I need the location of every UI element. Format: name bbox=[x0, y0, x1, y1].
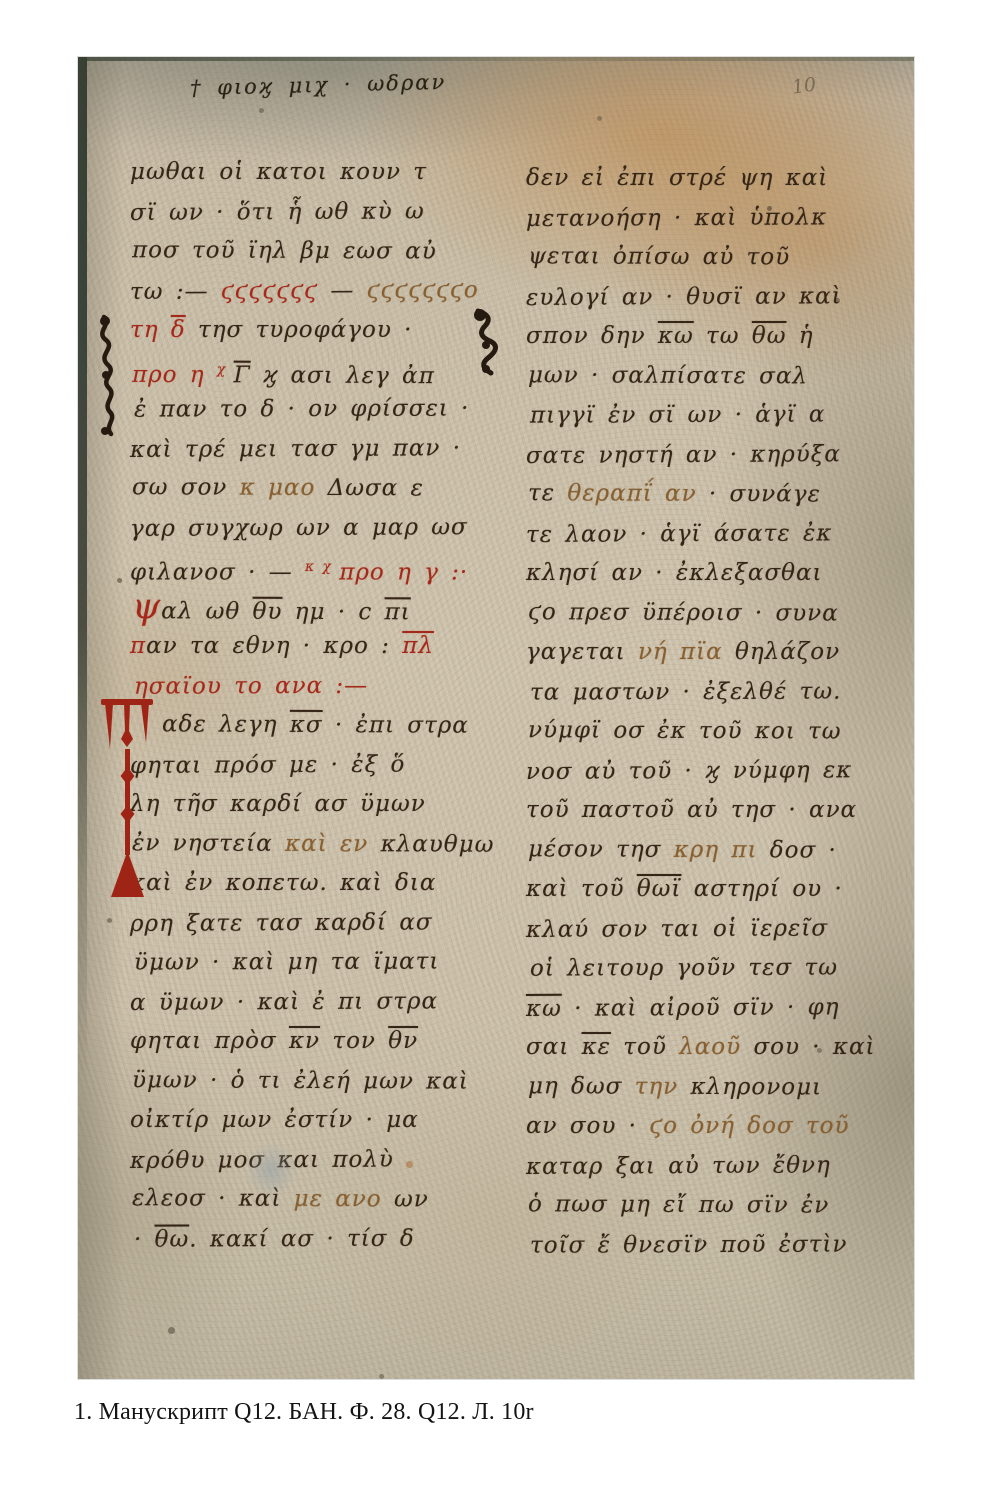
manuscript-line: κω · καὶ αἰροῦ σϊν · φη bbox=[526, 988, 898, 1029]
manuscript-line: α ϋμων · καὶ ἐ πι στρα bbox=[130, 982, 502, 1023]
manuscript-line: μων · σαλπίσατε σαλ bbox=[528, 356, 900, 397]
manuscript-line: αν σου · ϛο ὀνή δοσ τοῦ bbox=[526, 1107, 898, 1147]
manuscript-line: ησαϊου το ανα :— bbox=[134, 666, 506, 707]
plate-caption: 1. Манускрипт Q12. БАН. Ф. 28. Q12. Л. 1… bbox=[74, 1399, 534, 1426]
manuscript-line: σατε νηστή αν · κηρύξα bbox=[526, 435, 898, 476]
manuscript-line: καὶ ἐν κοπετω. καὶ δια bbox=[130, 864, 502, 904]
manuscript-line: φιλανοσ · — κ χ προ η γ :· bbox=[130, 548, 502, 588]
manuscript-line: ρρη ξατε τασ καρδί ασ bbox=[130, 903, 502, 944]
manuscript-line: τοῦ παστοῦ αὐ τησ · ανα bbox=[526, 791, 898, 831]
manuscript-line: μέσον τησ κρη πι δοσ · bbox=[528, 830, 900, 871]
manuscript-line: καὶ τρέ μει τασ γμ παν · bbox=[130, 429, 502, 470]
ornamental-initial-tau-icon bbox=[98, 693, 156, 905]
manuscript-line: παν τα εθνη · κρο : πλ bbox=[130, 627, 502, 667]
manuscript-line: τα μαστων · ἐξελθέ τω. bbox=[530, 672, 902, 713]
manuscript-line: κρόθυ μοσ και πολὺ bbox=[130, 1140, 502, 1181]
manuscript-line: τε θεραπΐ αν · συνάγε bbox=[528, 474, 900, 515]
manuscript-line: τοῖσ ἔ θνεσϊν ποῦ ἐστὶν bbox=[530, 1225, 902, 1266]
manuscript-line: ευλογί αν · θυσϊ αν καὶ bbox=[526, 277, 898, 318]
manuscript-line: ϋμων · καὶ μη τα ϊματι bbox=[134, 942, 506, 983]
parchment-smudge bbox=[246, 1143, 296, 1197]
manuscript-line: γαρ συγχωρ ων α μαρ ωσ bbox=[130, 508, 502, 549]
manuscript-line: ψαλ ωθ θυ ημ · c πι bbox=[132, 587, 504, 628]
manuscript-line: ψεται ὀπίσω αὐ τοῦ bbox=[528, 237, 900, 278]
manuscript-line: γαγεται νή πϊα θηλάζον bbox=[526, 633, 898, 673]
parchment-specks bbox=[78, 57, 81, 60]
manuscript-line: τω :— ϛϛϛϛϛϛϛ — ϛϛϛϛϛϛϛο bbox=[130, 271, 502, 312]
manuscript-line: αδε λεγη κσ · ἐπι στρα bbox=[132, 705, 504, 746]
manuscript-line: ἐ παν το δ · ον φρίσσει · bbox=[134, 389, 506, 430]
manuscript-line: μετανοήση · καὶ ὑπολκ bbox=[526, 198, 898, 239]
manuscript-line: τη δ τησ τυροφάγου · bbox=[130, 311, 502, 351]
manuscript-line: σαι κε τοῦ λαοῦ σου · καὶ bbox=[526, 1028, 898, 1068]
manuscript-line: κλαύ σον ται οἱ ϊερεῖσ bbox=[526, 909, 898, 950]
parchment-top-edge bbox=[78, 57, 914, 61]
manuscript-line: ποσ τοῦ ϊηλ βμ εωσ αὐ bbox=[132, 231, 504, 272]
manuscript-line: σϊ ων · ὅτι ἧ ωθ κὺ ω bbox=[130, 192, 502, 233]
marginal-flourish-right-icon bbox=[464, 307, 500, 377]
manuscript-line: ϋμων · ὁ τι ἐλεή μων καὶ bbox=[132, 1061, 504, 1102]
folio-number: 10 bbox=[791, 73, 818, 98]
manuscript-line: προ η χ Γ ϗ ασι λεγ ἀπ bbox=[132, 350, 504, 391]
manuscript-line: οἰκτίρ μων ἐστίν · μα bbox=[130, 1101, 502, 1141]
manuscript-line: ἐν νηστεία καὶ εν κλαυθμω bbox=[132, 824, 504, 865]
marginal-flourish-left-icon bbox=[88, 313, 122, 455]
manuscript-photo: † φιοϗ μιχ · ωδραν 10 μωθαι οἱ κατοι κου… bbox=[78, 57, 914, 1379]
manuscript-line: σπον δην κω τω θω ἡ bbox=[526, 317, 898, 357]
manuscript-line: δεν εἰ ἐπι στρέ ψη καὶ bbox=[526, 159, 898, 199]
manuscript-line: καὶ τοῦ θωϊ αστηρί ου · bbox=[526, 870, 898, 910]
header-inscription: † φιοϗ μιχ · ωδραν bbox=[190, 70, 447, 100]
manuscript-line: οἱ λειτουρ γοῦν τεσ τω bbox=[530, 948, 902, 989]
manuscript-line: φηται πρὸσ κν τον θν bbox=[130, 1022, 502, 1062]
manuscript-line: νοσ αὐ τοῦ · ϗ νύμφη εκ bbox=[526, 751, 898, 792]
manuscript-line: μη δωσ την κληρονομι bbox=[528, 1067, 900, 1108]
manuscript-line: πιγγϊ ἐν σϊ ων · ἁγϊ α bbox=[530, 395, 902, 436]
manuscript-line: καταρ ξαι αὐ των ἔθνη bbox=[526, 1146, 898, 1187]
right-column: δεν εἰ ἐπι στρέ ψη καὶμετανοήση · καὶ ὑπ… bbox=[526, 159, 898, 1265]
manuscript-line: φηται πρόσ με · ἐξ ὅ bbox=[130, 745, 502, 786]
manuscript-line: τε λαον · ἁγϊ άσατε ἐκ bbox=[526, 514, 898, 555]
manuscript-line: κλησί αν · ἐκλεξασθαι bbox=[526, 554, 898, 594]
manuscript-line: · θω. κακί ασ · τίσ δ bbox=[134, 1219, 506, 1260]
manuscript-line: ϛο πρεσ ϋπέροισ · συνα bbox=[528, 593, 900, 634]
manuscript-line: ελεοσ · καὶ με ανο ων bbox=[132, 1179, 504, 1220]
manuscript-line: νύμφϊ οσ ἐκ τοῦ κοι τω bbox=[528, 711, 900, 752]
left-column: μωθαι οἱ κατοι κουν τσϊ ων · ὅτι ἧ ωθ κὺ… bbox=[130, 153, 502, 1259]
manuscript-line: μωθαι οἱ κατοι κουν τ bbox=[130, 153, 502, 193]
manuscript-line: λη τῆσ καρδί ασ ϋμων bbox=[130, 785, 502, 825]
manuscript-line: ὁ πωσ μη εἴ πω σϊν ἐν bbox=[528, 1185, 900, 1226]
manuscript-line: σω σον κ μαο Δωσα ε bbox=[132, 468, 504, 509]
